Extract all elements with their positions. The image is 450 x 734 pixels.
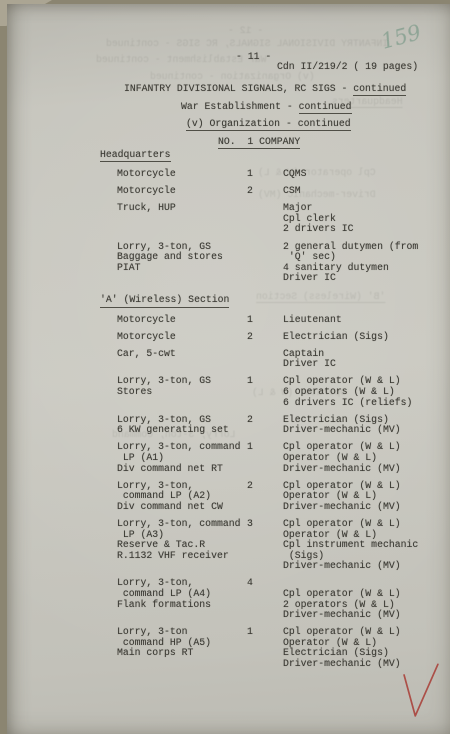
company-heading: NO. 1 COMPANY	[218, 137, 300, 148]
quantity-cell: 2	[247, 481, 283, 513]
bleed-through-text: - 12 -	[228, 26, 263, 37]
section-heading: 'A' (Wireless) Section	[100, 295, 229, 307]
personnel-cell: Cpl operator (W & L) Operator (W & L) Cp…	[283, 519, 445, 572]
vehicle-cell: Motorcycle	[117, 186, 247, 197]
vehicle-cell: Motorcycle	[117, 315, 247, 326]
vehicle-cell: Lorry, 3-ton, command LP (A2) Div comman…	[117, 481, 247, 513]
document-reference: Cdn II/219/2 ( 19 pages)	[277, 62, 418, 73]
table-row: Car, 5-cwt Captain Driver IC	[100, 349, 445, 370]
quantity-cell: 3	[247, 519, 283, 572]
vehicle-cell: Lorry, 3-ton, command LP (A1) Div comman…	[117, 442, 247, 474]
vehicle-cell: Lorry, 3-ton, command LP (A4) Flank form…	[117, 578, 247, 620]
document-subtitle-main: War Establishment -	[181, 101, 299, 112]
table-row: Motorcycle 1 Lieutenant	[100, 315, 445, 326]
personnel-cell: Cpl operator (W & L) 2 operators (W & L)…	[283, 578, 445, 620]
personnel-cell: Cpl operator (W & L) Operator (W & L) Dr…	[283, 442, 445, 474]
table-row: Motorcycle 1 CQMS	[100, 169, 445, 180]
bleed-through-text: INFANTRY DIVISIONAL SIGNALS, RC SIGS - c…	[106, 39, 388, 50]
personnel-cell: CQMS	[283, 169, 445, 180]
quantity-cell: 2	[247, 332, 283, 343]
document-title-main: INFANTRY DIVISIONAL SIGNALS, RC SIGS -	[124, 83, 353, 94]
vehicle-cell: Lorry, 3-ton, GS 6 KW generating set	[117, 415, 247, 436]
personnel-cell: Major Cpl clerk 2 drivers IC	[283, 203, 445, 235]
personnel-cell: Cpl operator (W & L) Operator (W & L) Dr…	[283, 481, 445, 513]
quantity-cell: 1	[247, 315, 283, 326]
personnel-cell: Electrician (Sigs)	[283, 332, 445, 343]
personnel-cell: 2 general dutymen (from 'Q' sec) 4 sanit…	[283, 242, 445, 284]
establishment-table: Headquarters Motorcycle 1 CQMS Motorcycl…	[100, 150, 445, 676]
quantity-cell	[247, 203, 283, 235]
vehicle-cell: Lorry, 3-ton, command LP (A3) Reserve & …	[117, 519, 247, 572]
organization-heading: (v) Organization - continued	[186, 119, 351, 130]
table-row: Lorry, 3-ton, command LP (A3) Reserve & …	[100, 519, 445, 572]
personnel-cell: Lieutenant	[283, 315, 445, 326]
personnel-cell: Captain Driver IC	[283, 349, 445, 370]
red-checkmark-icon	[394, 659, 442, 724]
personnel-cell: CSM	[283, 186, 445, 197]
table-row: Motorcycle 2 Electrician (Sigs)	[100, 332, 445, 343]
section-headquarters: Headquarters Motorcycle 1 CQMS Motorcycl…	[100, 150, 445, 284]
table-row: Lorry, 3-ton, command LP (A1) Div comman…	[100, 442, 445, 474]
section-a-wireless: 'A' (Wireless) Section Motorcycle 1 Lieu…	[100, 290, 445, 669]
document-title: INFANTRY DIVISIONAL SIGNALS, RC SIGS - c…	[124, 84, 406, 95]
vehicle-cell: Motorcycle	[117, 332, 247, 343]
quantity-cell: 1	[247, 169, 283, 180]
vehicle-cell: Car, 5-cwt	[117, 349, 247, 370]
personnel-cell: Electrician (Sigs) Driver-mechanic (MV)	[283, 415, 445, 436]
table-row: Lorry, 3-ton, command LP (A2) Div comman…	[100, 481, 445, 513]
quantity-cell: 1	[247, 376, 283, 408]
table-row: Lorry, 3-ton, GS 6 KW generating set 2 E…	[100, 415, 445, 436]
document-subtitle: War Establishment - continued	[181, 102, 352, 113]
bleed-through-text: (v) Organization - continued	[150, 72, 315, 83]
vehicle-cell: Lorry, 3-ton command HP (A5) Main corps …	[117, 627, 247, 669]
document-title-continued: continued	[353, 83, 406, 96]
personnel-cell: Cpl operator (W & L) 6 operators (W & L)…	[283, 376, 445, 408]
vehicle-cell: Truck, HUP	[117, 203, 247, 235]
quantity-cell: 1	[247, 627, 283, 669]
section-heading: Headquarters	[100, 150, 171, 162]
vehicle-cell: Lorry, 3-ton, GS Baggage and stores PIAT	[117, 242, 247, 284]
vehicle-cell: Motorcycle	[117, 169, 247, 180]
vehicle-cell: Lorry, 3-ton, GS Stores	[117, 376, 247, 408]
table-row: Lorry, 3-ton, command LP (A4) Flank form…	[100, 578, 445, 620]
table-row: Lorry, 3-ton, GS Baggage and stores PIAT…	[100, 242, 445, 284]
quantity-cell: 2	[247, 415, 283, 436]
quantity-cell: 1	[247, 442, 283, 474]
quantity-cell	[247, 242, 283, 284]
table-row: Motorcycle 2 CSM	[100, 186, 445, 197]
table-row: Truck, HUP Major Cpl clerk 2 drivers IC	[100, 203, 445, 235]
quantity-cell: 2	[247, 186, 283, 197]
quantity-cell	[247, 349, 283, 370]
page-number: - 11 -	[236, 52, 271, 63]
document-subtitle-continued: continued	[299, 101, 352, 114]
quantity-cell: 4	[247, 578, 283, 620]
table-row: Lorry, 3-ton command HP (A5) Main corps …	[100, 627, 445, 669]
table-row: Lorry, 3-ton, GS Stores 1 Cpl operator (…	[100, 376, 445, 408]
